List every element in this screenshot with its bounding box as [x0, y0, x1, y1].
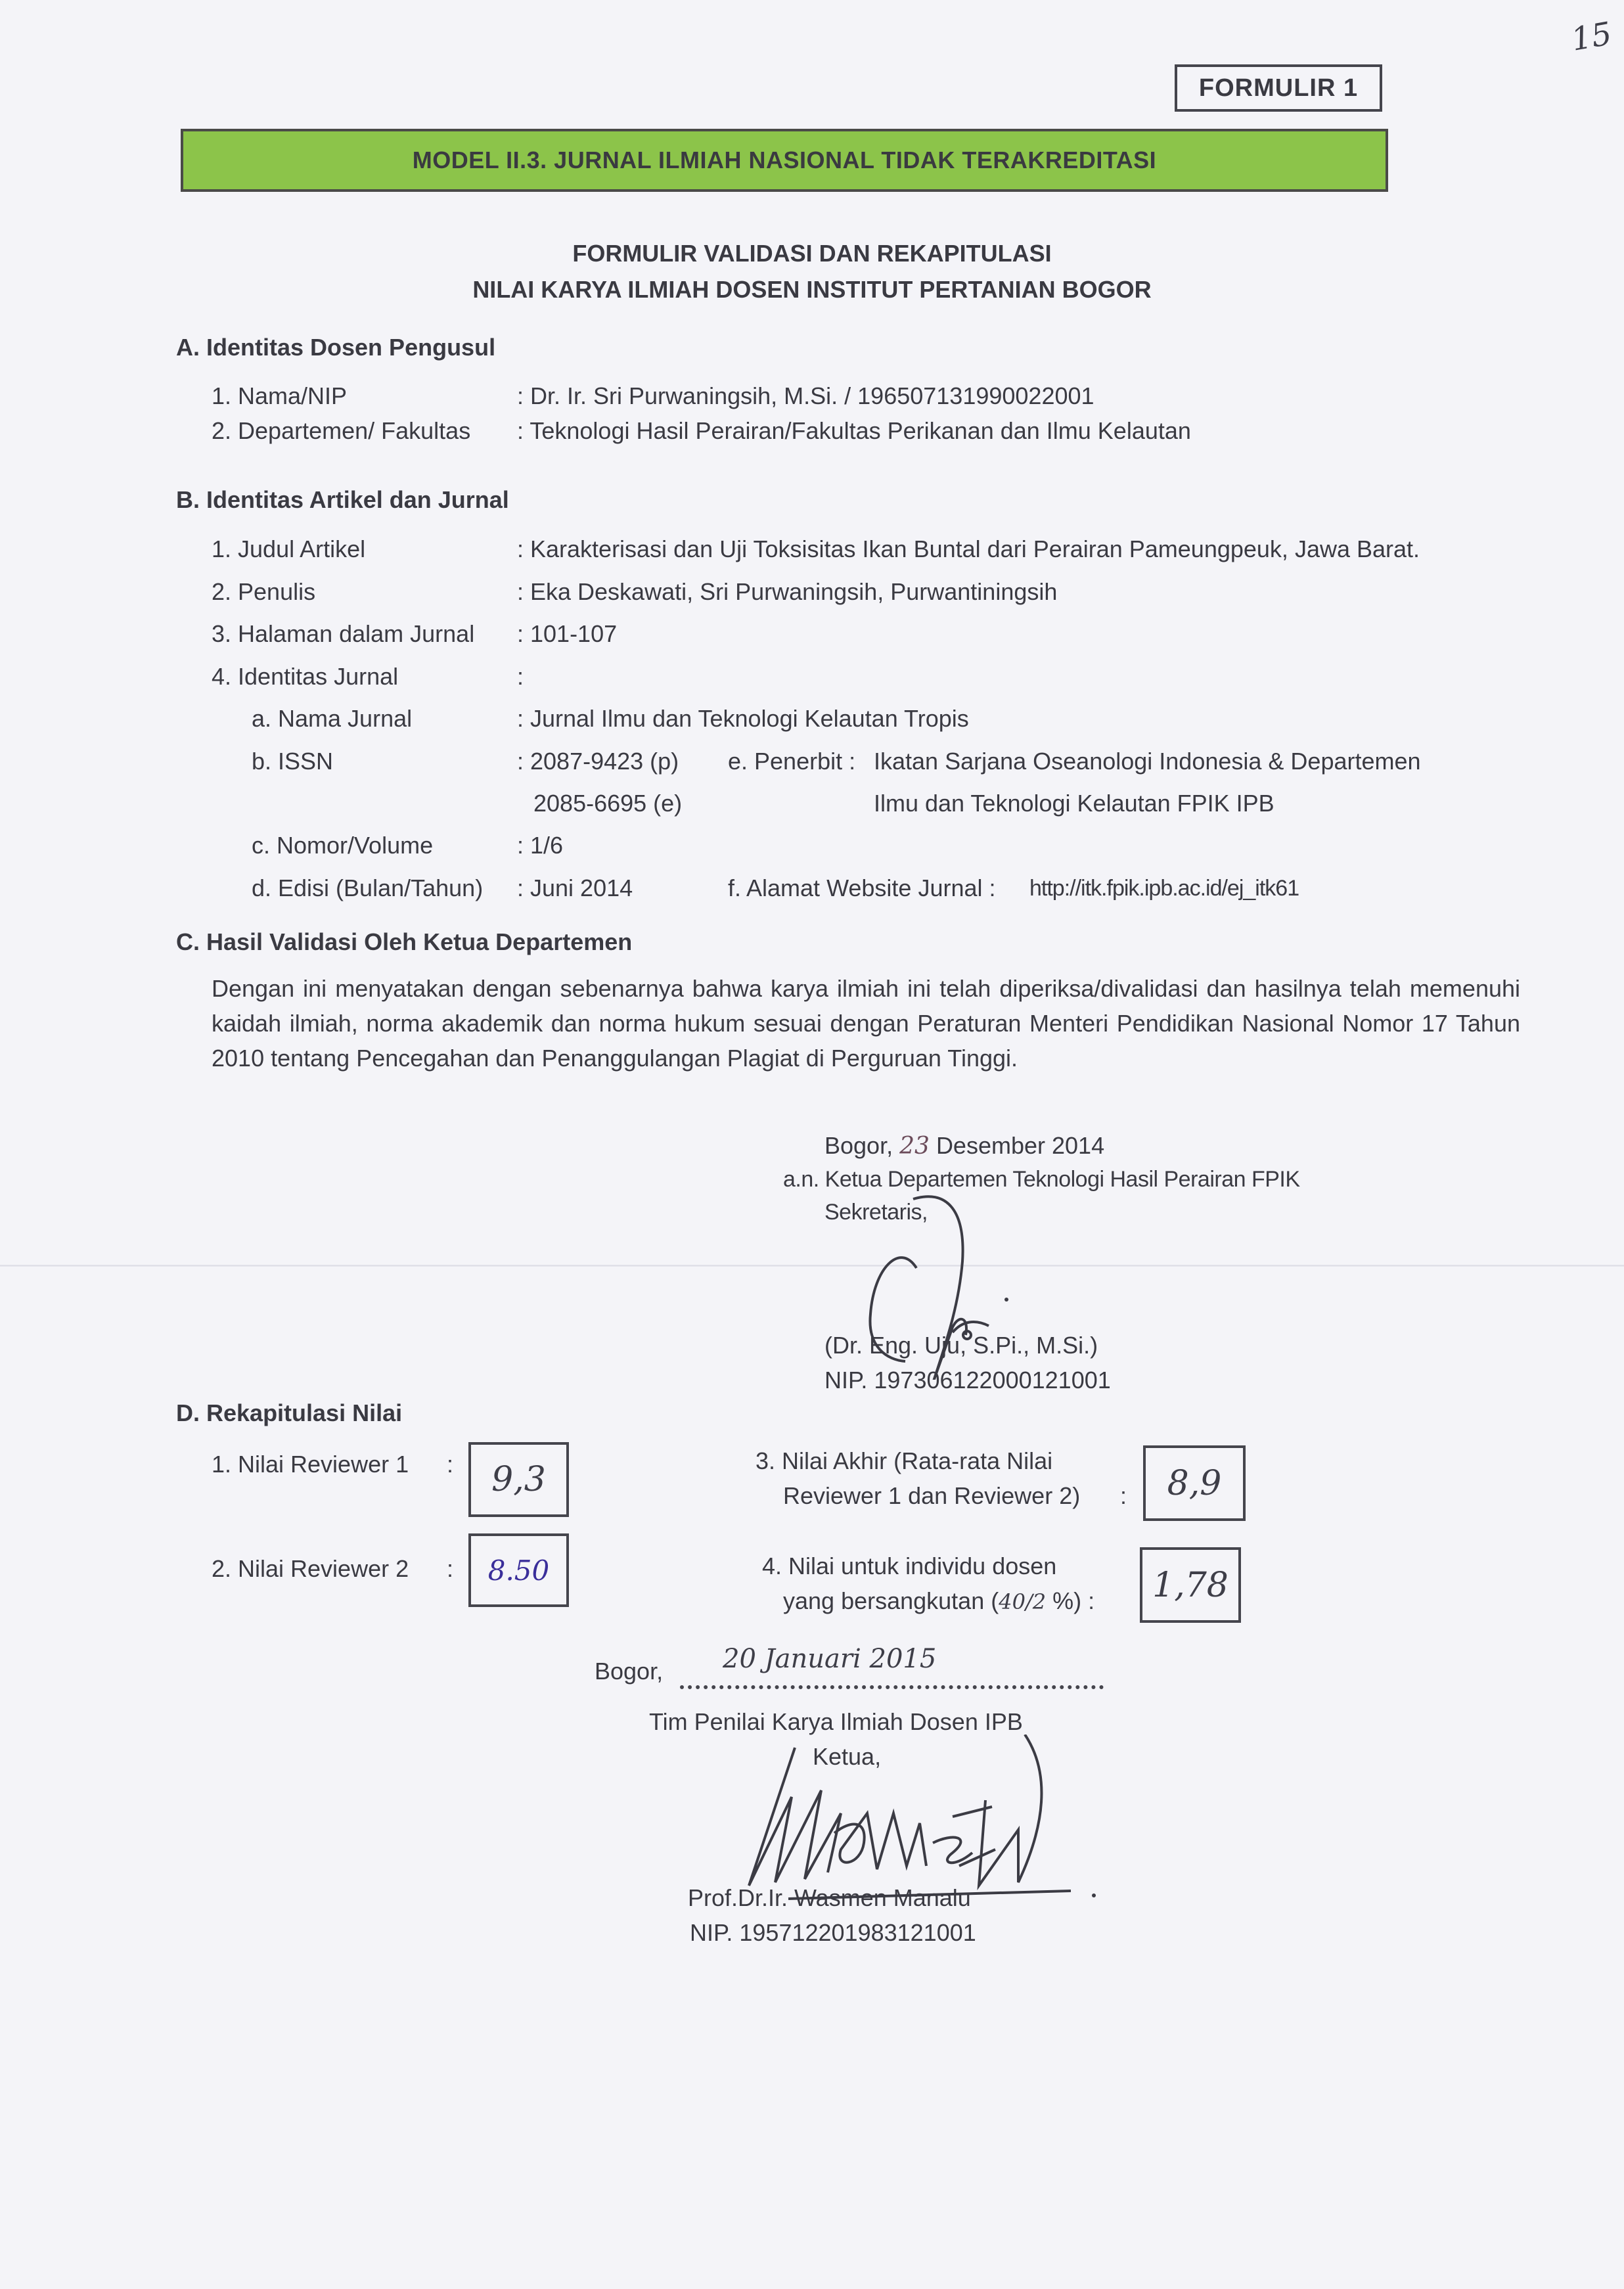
identitas-jurnal-label: 4. Identitas Jurnal	[212, 663, 398, 691]
document-title-line1: FORMULIR VALIDASI DAN REKAPITULASI	[0, 240, 1624, 267]
identitas-jurnal-colon: :	[517, 663, 524, 691]
reviewer2-score-box: 8.50	[468, 1533, 569, 1607]
individual-score-box: 1,78	[1140, 1547, 1241, 1623]
nomor-volume-value: : 1/6	[517, 832, 563, 859]
issn-label: b. ISSN	[252, 748, 333, 775]
paper-fold-line	[0, 1265, 1624, 1267]
issn-print-value: : 2087-9423 (p)	[517, 748, 679, 775]
penulis-value: : Eka Deskawati, Sri Purwaningsih, Purwa…	[517, 578, 1057, 606]
reviewer1-score: 9,3	[491, 1460, 546, 1499]
document-title-line2: NILAI KARYA ILMIAH DOSEN INSTITUT PERTAN…	[0, 276, 1624, 304]
individual-score-label-prefix: yang bersangkutan (	[783, 1587, 999, 1614]
sig2-place: Bogor,	[595, 1658, 663, 1685]
validation-statement: Dengan ini menyatakan dengan sebenarnya …	[212, 971, 1520, 1076]
section-d-heading: D. Rekapitulasi Nilai	[176, 1399, 402, 1427]
website-label: f. Alamat Website Jurnal :	[728, 874, 996, 902]
penerbit-label: e. Penerbit :	[728, 748, 855, 775]
issn-online-value: 2085-6695 (e)	[533, 790, 682, 817]
reviewer2-label: 2. Nilai Reviewer 2	[212, 1555, 409, 1583]
nomor-volume-label: c. Nomor/Volume	[252, 832, 433, 859]
final-score-box: 8,9	[1143, 1445, 1246, 1521]
departemen-label: 2. Departemen/ Fakultas	[212, 417, 470, 445]
reviewer1-score-box: 9,3	[468, 1442, 569, 1517]
form-label-box: FORMULIR 1	[1175, 64, 1382, 112]
page-number-handwritten: 15	[1569, 15, 1615, 58]
nama-jurnal-value: : Jurnal Ilmu dan Teknologi Kelautan Tro…	[517, 705, 969, 733]
reviewer2-colon: :	[447, 1555, 453, 1583]
sig2-name: Prof.Dr.Ir. Wasmen Manalu	[688, 1884, 971, 1912]
sig1-day-handwritten: 23	[899, 1133, 930, 1160]
nama-nip-value: : Dr. Ir. Sri Purwaningsih, M.Si. / 1965…	[517, 382, 1094, 410]
sig1-nip: NIP. 197306122000121001	[824, 1367, 1111, 1394]
sig1-place: Bogor,	[824, 1132, 893, 1159]
signature-chairman	[736, 1734, 1104, 1905]
individual-score: 1,78	[1152, 1566, 1229, 1605]
nama-nip-label: 1. Nama/NIP	[212, 382, 347, 410]
final-score-label-line1: 3. Nilai Akhir (Rata-rata Nilai	[756, 1447, 1052, 1475]
individual-score-label-line1: 4. Nilai untuk individu dosen	[762, 1552, 1056, 1580]
penulis-label: 2. Penulis	[212, 578, 315, 606]
halaman-label: 3. Halaman dalam Jurnal	[212, 620, 474, 648]
section-a-heading: A. Identitas Dosen Pengusul	[176, 334, 495, 361]
reviewer2-score: 8.50	[488, 1554, 550, 1587]
sig1-name: (Dr. Eng. Uju, S.Pi., M.Si.)	[824, 1332, 1098, 1359]
final-score: 8,9	[1167, 1464, 1222, 1503]
final-score-colon: :	[1120, 1482, 1127, 1510]
website-link[interactable]: http://itk.fpik.ipb.ac.id/ej_itk61	[1029, 876, 1299, 901]
reviewer1-label: 1. Nilai Reviewer 1	[212, 1451, 409, 1478]
edisi-label: d. Edisi (Bulan/Tahun)	[252, 874, 483, 902]
section-b-heading: B. Identitas Artikel dan Jurnal	[176, 486, 509, 514]
sig2-team: Tim Penilai Karya Ilmiah Dosen IPB	[649, 1708, 1023, 1736]
individual-score-label-suffix: %) :	[1046, 1587, 1094, 1614]
sig1-month-year: Desember 2014	[936, 1132, 1104, 1159]
edisi-value: : Juni 2014	[517, 874, 633, 902]
section-c-heading: C. Hasil Validasi Oleh Ketua Departemen	[176, 928, 632, 956]
judul-value: : Karakterisasi dan Uji Toksisitas Ikan …	[517, 535, 1420, 563]
penerbit-value-line1: Ikatan Sarjana Oseanologi Indonesia & De…	[874, 748, 1421, 775]
halaman-value: : 101-107	[517, 620, 617, 648]
individual-score-percent-handwritten: 40/2	[999, 1589, 1046, 1614]
judul-label: 1. Judul Artikel	[212, 535, 365, 563]
nama-jurnal-label: a. Nama Jurnal	[252, 705, 412, 733]
penerbit-value-line2: Ilmu dan Teknologi Kelautan FPIK IPB	[874, 790, 1274, 817]
sig2-date-handwritten: 20 Januari 2015	[723, 1644, 936, 1674]
departemen-value: : Teknologi Hasil Perairan/Fakultas Peri…	[517, 417, 1191, 445]
reviewer1-colon: :	[447, 1451, 453, 1478]
model-banner: MODEL II.3. JURNAL ILMIAH NASIONAL TIDAK…	[181, 129, 1388, 192]
sig2-nip: NIP. 195712201983121001	[690, 1919, 976, 1947]
final-score-label-line2: Reviewer 1 dan Reviewer 2)	[783, 1482, 1080, 1510]
